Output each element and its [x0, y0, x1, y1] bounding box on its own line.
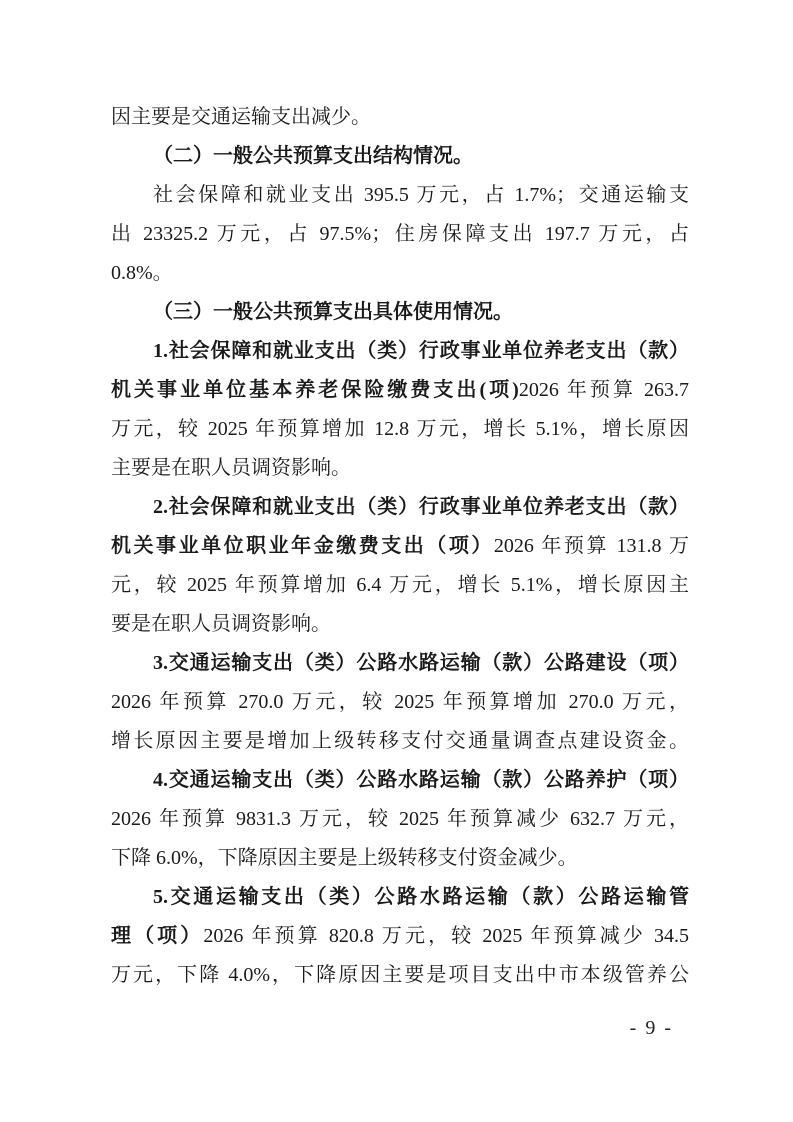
bold-text-segment: 2.社会保障和就业支出（类）行政事业单位养老支出（款） — [153, 496, 689, 518]
bold-text-segment: 理（项） — [111, 925, 203, 947]
body-text-segment: 2026 年预算 9831.3 万元，较 2025 年预算减少 632.7 万元… — [111, 808, 689, 830]
page-footer: - 9 - — [630, 1013, 673, 1043]
body-text-segment: 万元，下降 4.0%，下降原因主要是项目支出中市本级管养公 — [111, 964, 689, 986]
document-page: 因主要是交通运输支出减少。（二）一般公共预算支出结构情况。社会保障和就业支出 3… — [0, 0, 793, 1122]
text-line: 要是在职人员调资影响。 — [111, 605, 689, 644]
text-line: 2.社会保障和就业支出（类）行政事业单位养老支出（款） — [111, 488, 689, 527]
body-text-segment: 因主要是交通运输支出减少。 — [111, 106, 371, 128]
bold-text-segment: 5.交通运输支出（类）公路水路运输（款）公路运输管 — [153, 886, 689, 908]
body-text-segment: 2026 年预算 270.0 万元，较 2025 年预算增加 270.0 万元， — [111, 691, 689, 713]
text-line: 元，较 2025 年预算增加 6.4 万元，增长 5.1%，增长原因主 — [111, 566, 689, 605]
text-line: 5.交通运输支出（类）公路水路运输（款）公路运输管 — [111, 878, 689, 917]
text-line: 2026 年预算 9831.3 万元，较 2025 年预算减少 632.7 万元… — [111, 800, 689, 839]
text-line: 3.交通运输支出（类）公路水路运输（款）公路建设（项） — [111, 644, 689, 683]
text-line: 理（项）2026 年预算 820.8 万元，较 2025 年预算减少 34.5 — [111, 917, 689, 956]
text-line: 万元，较 2025 年预算增加 12.8 万元，增长 5.1%，增长原因 — [111, 410, 689, 449]
body-text-segment: 万元，较 2025 年预算增加 12.8 万元，增长 5.1%，增长原因 — [111, 418, 689, 440]
text-line: 下降 6.0%，下降原因主要是上级转移支付资金减少。 — [111, 839, 689, 878]
bold-text-segment: 3.交通运输支出（类）公路水路运输（款）公路建设（项） — [153, 652, 689, 674]
bold-text-segment: （三）一般公共预算支出具体使用情况。 — [153, 301, 513, 323]
body-text-segment: 社会保障和就业支出 395.5 万元，占 1.7%；交通运输支 — [153, 184, 689, 206]
body-text-segment: 要是在职人员调资影响。 — [111, 613, 331, 635]
page-number: - 9 - — [630, 1017, 673, 1039]
text-line: 社会保障和就业支出 395.5 万元，占 1.7%；交通运输支 — [111, 176, 689, 215]
text-line: 1.社会保障和就业支出（类）行政事业单位养老支出（款） — [111, 332, 689, 371]
document-body: 因主要是交通运输支出减少。（二）一般公共预算支出结构情况。社会保障和就业支出 3… — [111, 98, 689, 995]
bold-text-segment: 1.社会保障和就业支出（类）行政事业单位养老支出（款） — [153, 340, 689, 362]
text-line: 4.交通运输支出（类）公路水路运输（款）公路养护（项） — [111, 761, 689, 800]
text-line: 0.8%。 — [111, 254, 689, 293]
text-line: 因主要是交通运输支出减少。 — [111, 98, 689, 137]
bold-text-segment: 机关事业单位基本养老保险缴费支出(项) — [111, 379, 519, 401]
text-line: 万元，下降 4.0%，下降原因主要是项目支出中市本级管养公 — [111, 956, 689, 995]
body-text-segment: 增长原因主要是增加上级转移支付交通量调查点建设资金。 — [111, 730, 689, 752]
body-text-segment: 下降 6.0%，下降原因主要是上级转移支付资金减少。 — [111, 847, 578, 869]
bold-text-segment: 机关事业单位职业年金缴费支出（项） — [111, 535, 494, 557]
body-text-segment: 2026 年预算 820.8 万元，较 2025 年预算减少 34.5 — [203, 925, 689, 947]
text-line: 出 23325.2 万元，占 97.5%；住房保障支出 197.7 万元，占 — [111, 215, 689, 254]
body-text-segment: 0.8%。 — [111, 262, 173, 284]
text-line: 机关事业单位基本养老保险缴费支出(项)2026 年预算 263.7 — [111, 371, 689, 410]
body-text-segment: 出 23325.2 万元，占 97.5%；住房保障支出 197.7 万元，占 — [111, 223, 689, 245]
text-line: 增长原因主要是增加上级转移支付交通量调查点建设资金。 — [111, 722, 689, 761]
text-line: 主要是在职人员调资影响。 — [111, 449, 689, 488]
text-line: （三）一般公共预算支出具体使用情况。 — [111, 293, 689, 332]
text-line: （二）一般公共预算支出结构情况。 — [111, 137, 689, 176]
body-text-segment: 2026 年预算 263.7 — [519, 379, 689, 401]
text-line: 机关事业单位职业年金缴费支出（项）2026 年预算 131.8 万 — [111, 527, 689, 566]
body-text-segment: 2026 年预算 131.8 万 — [494, 535, 689, 557]
bold-text-segment: （二）一般公共预算支出结构情况。 — [153, 145, 473, 167]
body-text-segment: 主要是在职人员调资影响。 — [111, 457, 351, 479]
text-line: 2026 年预算 270.0 万元，较 2025 年预算增加 270.0 万元， — [111, 683, 689, 722]
body-text-segment: 元，较 2025 年预算增加 6.4 万元，增长 5.1%，增长原因主 — [111, 574, 689, 596]
bold-text-segment: 4.交通运输支出（类）公路水路运输（款）公路养护（项） — [153, 769, 689, 791]
